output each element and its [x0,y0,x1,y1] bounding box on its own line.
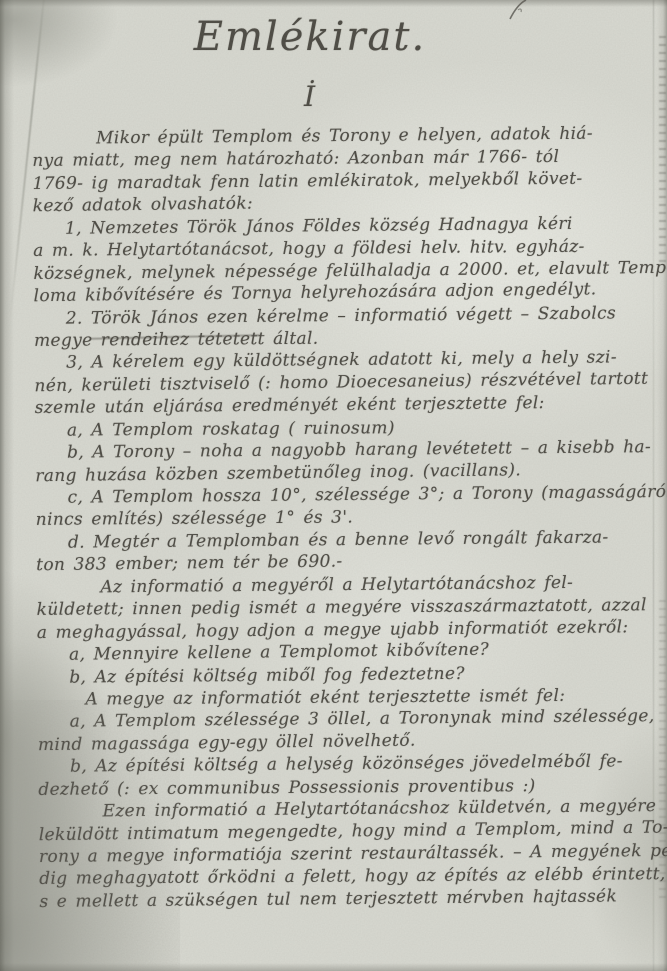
text-line: a, A Templom roskatag ( ruinosum) [35,415,650,442]
document-title: Emlékirat. [0,14,620,60]
section-numeral: İ [0,80,620,113]
scanned-document-page: Emlékirat. İ Mikor épült Templom és Toro… [0,0,667,971]
text-line: dezhető (: ex communibus Possessionis pr… [38,774,653,801]
text-line: A megye az informatiót eként terjesztett… [37,684,652,711]
ink-bleedthrough-right-upper [659,36,666,266]
text-line: megye rendeihez tétetett által. [34,325,649,352]
document-body: Mikor épült Templom és Torony e helyen, … [32,122,655,913]
